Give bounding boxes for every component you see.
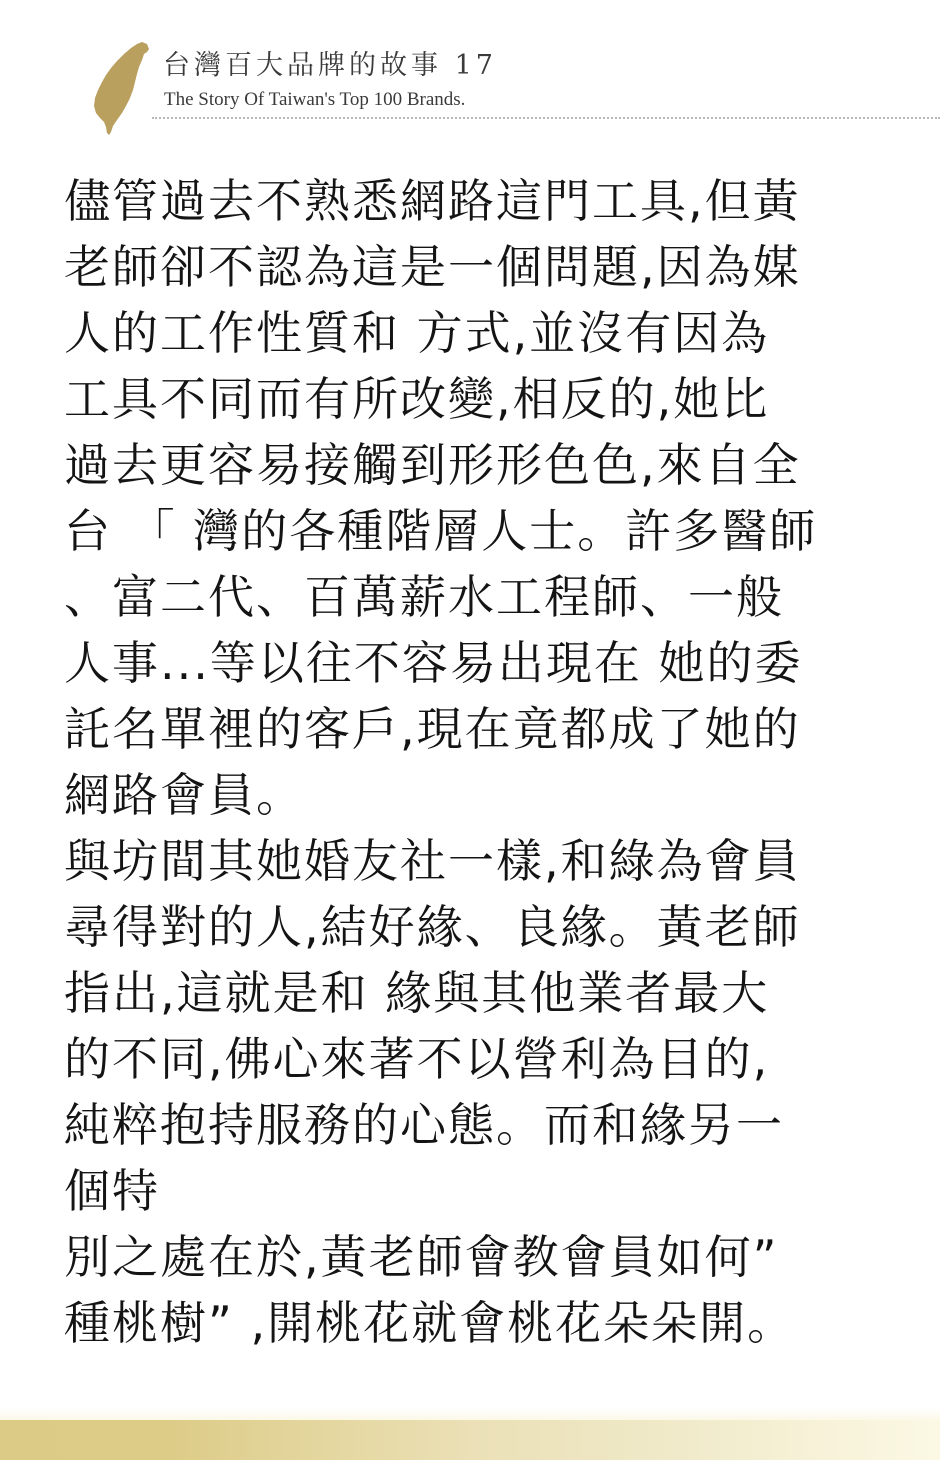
article-body: 儘管過去不熟悉網路這門工具,但黃 老師卻不認為這是一個問題,因為媒 人的工作性質… xyxy=(64,168,904,1356)
header-title: 台灣百大品牌的故事 17 xyxy=(163,50,497,82)
article-line: 託名單裡的客戶,現在竟都成了她的 xyxy=(64,696,904,762)
article-line: 網路會員。 xyxy=(64,762,904,828)
article-line: 工具不同而有所改變,相反的,她比 xyxy=(64,366,904,432)
article-line: 人的工作性質和 方式,並沒有因為 xyxy=(64,300,904,366)
header-subtitle: The Story Of Taiwan's Top 100 Brands. xyxy=(164,89,465,111)
footer-fade xyxy=(0,1408,940,1420)
article-line: 與坊間其她婚友社一樣,和綠為會員 xyxy=(64,828,904,894)
dotted-divider xyxy=(152,117,940,119)
article-line: 過去更容易接觸到形形色色,來自全 xyxy=(64,432,904,498)
article-line: 別之處在於,黃老師會教會員如何” xyxy=(64,1224,904,1290)
article-line: 、富二代、百萬薪水工程師、一般 xyxy=(64,564,904,630)
article-line: 台 「 灣的各種階層人士。許多醫師 xyxy=(64,498,904,564)
article-line: 尋得對的人,結好緣、良緣。黃老師 xyxy=(64,894,904,960)
article-line: 純粹抱持服務的心態。而和緣另一 xyxy=(64,1092,904,1158)
article-line: 種桃樹” ,開桃花就會桃花朵朵開。 xyxy=(64,1290,904,1356)
page-header: 台灣百大品牌的故事 17 The Story Of Taiwan's Top 1… xyxy=(0,0,940,140)
article-line: 個特 xyxy=(64,1158,904,1224)
taiwan-map-icon xyxy=(92,40,154,136)
article-line: 指出,這就是和 緣與其他業者最大 xyxy=(64,960,904,1026)
article-line: 人事...等以往不容易出現在 她的委 xyxy=(64,630,904,696)
footer-gold-bar xyxy=(0,1420,940,1460)
article-line: 儘管過去不熟悉網路這門工具,但黃 xyxy=(64,168,904,234)
article-line: 老師卻不認為這是一個問題,因為媒 xyxy=(64,234,904,300)
article-line: 的不同,佛心來著不以營利為目的, xyxy=(64,1026,904,1092)
